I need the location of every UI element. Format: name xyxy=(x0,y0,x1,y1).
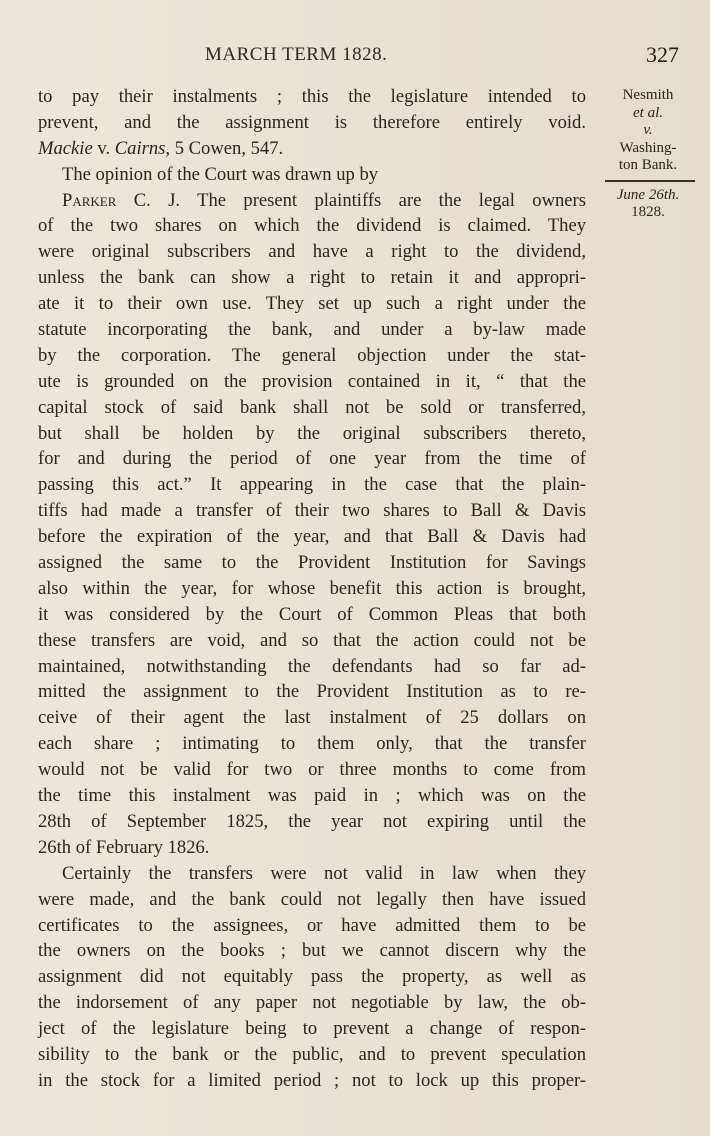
margin-versus: v. xyxy=(598,122,698,140)
text-line: the time this instalment was paid in ; w… xyxy=(38,783,586,809)
citation-line: Mackie v. Cairns, 5 Cowen, 547. xyxy=(38,136,586,162)
text-line: before the expiration of the year, and t… xyxy=(38,524,586,550)
page-header: MARCH TERM 1828. 327 xyxy=(0,40,710,70)
text-line: sibility to the bank or the public, and … xyxy=(38,1042,586,1068)
text-line: the owners on the books ; but we cannot … xyxy=(38,938,586,964)
text-line: the indorsement of any paper not negotia… xyxy=(38,990,586,1016)
margin-et-al: et al. xyxy=(598,105,698,123)
text-line: it was considered by the Court of Common… xyxy=(38,602,586,628)
running-head: MARCH TERM 1828. xyxy=(205,44,387,66)
margin-divider xyxy=(605,180,695,182)
text-line: The opinion of the Court was drawn up by xyxy=(38,162,586,188)
margin-date-year: 1828. xyxy=(598,204,698,221)
text-line: unless the bank can show a right to reta… xyxy=(38,265,586,291)
text-line: certificates to the assignees, or have a… xyxy=(38,913,586,939)
text-line: of the two shares on which the dividend … xyxy=(38,213,586,239)
margin-case-title: Nesmith et al. v. Washing- ton Bank. xyxy=(598,87,698,175)
margin-date-day: June 26th. xyxy=(598,187,698,204)
text-line: to pay their instalments ; this the legi… xyxy=(38,84,586,110)
text-line: ject of the legislature being to prevent… xyxy=(38,1016,586,1042)
page-number: 327 xyxy=(646,42,679,68)
text-line: these transfers are void, and so that th… xyxy=(38,628,586,654)
judge-line: Parker C. J. The present plaintiffs are … xyxy=(38,188,586,214)
text-line: but shall be holden by the original subs… xyxy=(38,421,586,447)
text-line: for and during the period of one year fr… xyxy=(38,446,586,472)
margin-party-2a: Washing- xyxy=(598,140,698,158)
text-line: mitted the assignment to the Provident I… xyxy=(38,679,586,705)
judge-text: The present plaintiffs are the legal own… xyxy=(180,190,586,211)
text-line: by the corporation. The general objectio… xyxy=(38,343,586,369)
citation-reporter: , 5 Cowen, 547. xyxy=(165,138,283,159)
text-line: tiffs had made a transfer of their two s… xyxy=(38,498,586,524)
text-line: assigned the same to the Provident Insti… xyxy=(38,550,586,576)
text-line: passing this act.” It appearing in the c… xyxy=(38,472,586,498)
citation-case-b: Cairns xyxy=(115,138,166,159)
text-line: each share ; intimating to them only, th… xyxy=(38,731,586,757)
body-text: to pay their instalments ; this the legi… xyxy=(38,84,586,1094)
judge-name: Parker C. J. xyxy=(62,190,180,211)
text-line: 28th of September 1825, the year not exp… xyxy=(38,809,586,835)
text-line: capital stock of said bank shall not be … xyxy=(38,395,586,421)
text-line: were made, and the bank could not legall… xyxy=(38,887,586,913)
text-line: in the stock for a limited period ; not … xyxy=(38,1068,586,1094)
citation-versus: v. xyxy=(93,138,115,159)
text-line: were original subscribers and have a rig… xyxy=(38,239,586,265)
text-line: ceive of their agent the last instalment… xyxy=(38,705,586,731)
text-line: 26th of February 1826. xyxy=(38,835,586,861)
text-line: would not be valid for two or three mont… xyxy=(38,757,586,783)
text-line: prevent, and the assignment is therefore… xyxy=(38,110,586,136)
text-line: ate it to their own use. They set up suc… xyxy=(38,291,586,317)
text-line: statute incorporating the bank, and unde… xyxy=(38,317,586,343)
margin-date: June 26th. 1828. xyxy=(598,187,698,221)
citation-case-a: Mackie xyxy=(38,138,93,159)
margin-party-2b: ton Bank. xyxy=(598,157,698,175)
text-line: maintained, notwithstanding the defendan… xyxy=(38,654,586,680)
text-line: Certainly the transfers were not valid i… xyxy=(38,861,586,887)
text-line: also within the year, for whose benefit … xyxy=(38,576,586,602)
text-line: assignment did not equitably pass the pr… xyxy=(38,964,586,990)
text-line: ute is grounded on the provision contain… xyxy=(38,369,586,395)
margin-party-1: Nesmith xyxy=(598,87,698,105)
